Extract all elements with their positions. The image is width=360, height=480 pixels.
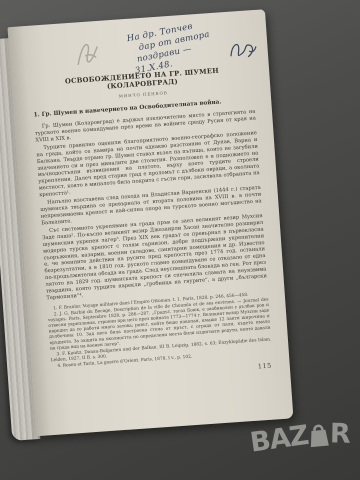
page-number: 115 [258, 362, 272, 371]
book-page: На др. Топчев дар от автора поздрави — 3… [7, 9, 293, 436]
watermark-text-right: R [330, 420, 350, 447]
bazar-watermark: BAZ R [249, 420, 351, 456]
photo-background: На др. Топчев дар от автора поздрави — 3… [0, 0, 360, 480]
article-content: ОСВОБОЖДЕНИЕТО НА ГР. ШУМЕН (КОЛАРОВГРАД… [31, 64, 272, 370]
shopping-bag-icon [308, 422, 330, 450]
footnotes-block: 1. F. Branlor. Voyage militaire dans l’E… [47, 291, 272, 370]
pencil-scribble-icon [70, 36, 106, 70]
signature-icon [225, 36, 259, 63]
watermark-text-left: BAZ [248, 422, 309, 457]
book: На др. Топчев дар от автора поздрави — 3… [0, 1, 343, 459]
body-paragraph: Със системното укрепяване на града пръв … [42, 212, 268, 301]
